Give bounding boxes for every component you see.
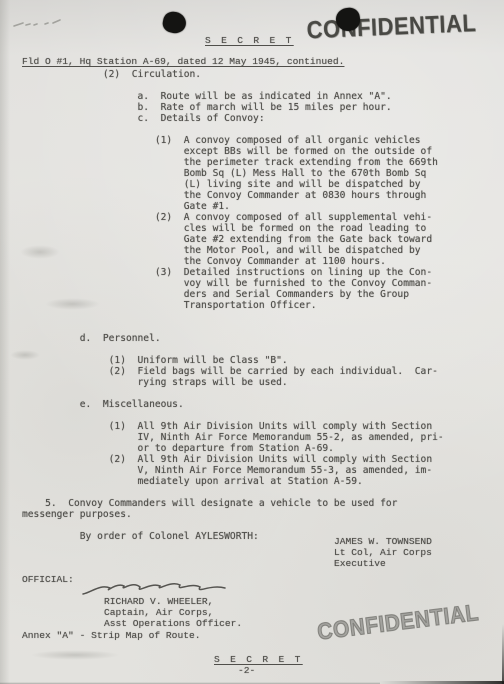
annex-line: Annex "A" - Strip Map of Route. [22, 630, 200, 641]
classification-bottom: S E C R E T [214, 654, 303, 665]
doc-body: (2) Circulation. a. Route will be as ind… [22, 69, 444, 542]
signer-name: RICHARD V. WHEELER, [104, 596, 213, 607]
confidential-stamp-top: CONFIDENTIAL [306, 9, 477, 45]
signer-title: Asst Operations Officer. [104, 618, 242, 629]
paper-smudge [30, 650, 120, 660]
page-number: -2- [238, 665, 255, 676]
signature-block-rank: Lt Col, Air Corps [334, 547, 432, 558]
official-label: OFFICIAL: [22, 574, 74, 585]
pencil-mark [12, 16, 64, 32]
signature-block-name: JAMES W. TOWNSEND [334, 536, 432, 547]
document-page: S E C R E T CONFIDENTIAL Fld O #1, Hq St… [0, 0, 504, 684]
signature-block-title: Executive [334, 558, 386, 569]
page-edge-shadow-left [0, 0, 10, 684]
ink-blob-left [161, 10, 188, 35]
classification-top: S E C R E T [205, 35, 294, 46]
confidential-stamp-bottom: CONFIDENTIAL [316, 600, 480, 646]
signer-rank: Captain, Air Corps, [104, 607, 213, 618]
doc-title: Fld O #1, Hq Station A-69, dated 12 May … [22, 56, 344, 67]
